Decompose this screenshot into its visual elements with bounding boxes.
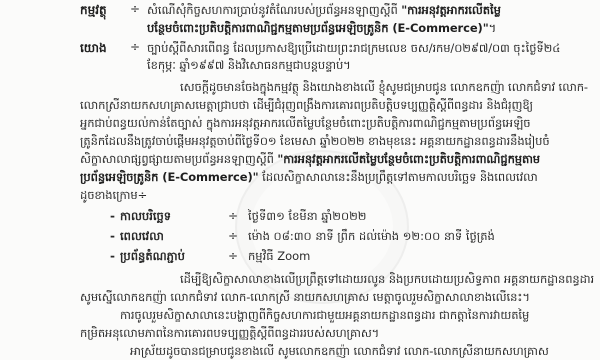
paragraph-1-line-5-text: សិក្ខាសាលាផ្សព្វផ្សាយតាមប្រព័ន្ធអនឡាញស្ដ…: [80, 152, 274, 166]
reference-separator: ÷: [130, 40, 140, 54]
detail-label-platform: ប្រព័ន្ធតំណភ្ជាប់: [120, 249, 185, 266]
reference-line-1: ច្បាប់ស្ដីពីសារពើពន្ធ ដែលប្រកាសឱ្យប្រើដោ…: [147, 40, 560, 56]
paragraph-1-line-1: សេចក្ដីដូចមានចែងក្នុងកម្មវត្ថុ និងយោងខាង…: [180, 79, 588, 95]
reference-label: យោង: [80, 40, 107, 58]
document-page: កម្មវត្ថុ ÷ សំណើសុំកិច្ចសហការប្រាប់នូវតំ…: [0, 0, 600, 360]
paragraph-1-line-6: ប្រព័ន្ធអេឡិចត្រូនិក (E-Commerce)" ដែលសិ…: [80, 169, 538, 185]
paragraph-1-line-3: អ្នកជាប់ពន្ធយល់កាន់តែច្បាស់ ក្នុងការអនុវ…: [80, 115, 530, 131]
paragraph-2-line-1: ដើម្បីឱ្យសិក្ខាសាលាខាងលើប្រព្រឹត្តទៅដោយរ…: [180, 271, 594, 287]
subject-line-2-end: ។: [489, 21, 496, 35]
subject-separator: ÷: [130, 2, 140, 16]
list-dash: -: [110, 249, 115, 263]
paragraph-1-line-4: ត្រូនិកដែលនឹងត្រូវចាប់ផ្ដើមអនុវត្តចាប់ពី…: [80, 133, 550, 149]
detail-label-date: កាលបរិច្ឆេទ: [120, 209, 171, 226]
detail-separator: ÷: [228, 229, 238, 243]
paragraph-3-line-1: ការចូលរួមសិក្ខាសាលានេះបង្ហាញពីកិច្ចសហការ…: [120, 307, 529, 323]
detail-value-platform: កម្មវិធី Zoom: [248, 249, 310, 266]
subject-line-1-text: សំណើសុំកិច្ចសហការប្រាប់នូវតំណែរបស់ប្រព័ន…: [147, 3, 398, 17]
subject-label: កម្មវត្ថុ: [80, 2, 107, 20]
paragraph-1-line-7: ដូចខាងក្រោម÷: [80, 187, 147, 203]
paragraph-4-line-1: អាស្រ័យដូចបានជម្រាបជូនខាងលើ សូមលោកឧកញ៉ា …: [130, 343, 549, 359]
paragraph-2-line-2: សូមស្នើលោកឧកញ៉ា លោកជំទាវ លោក-លោកស្រី នាយ…: [80, 289, 530, 305]
list-dash: -: [110, 209, 115, 223]
reference-line-2: ខែកុម្ភៈ ឆ្នាំ១៩៩៧ និងវិសោធនកម្មជាបន្តបន…: [147, 57, 351, 73]
paragraph-1-line-5: សិក្ខាសាលាផ្សព្វផ្សាយតាមប្រព័ន្ធអនឡាញស្ដ…: [80, 151, 540, 167]
detail-value-date: ថ្ងៃទី៣១ ខែមីនា ឆ្នាំ២០២២: [248, 209, 367, 226]
paragraph-1-line-6-bold: ប្រព័ន្ធអេឡិចត្រូនិក (E-Commerce)": [80, 170, 259, 184]
paragraph-1-line-6-text: ដែលសិក្ខាសាលានេះនឹងប្រព្រឹត្តទៅតាមកាលបរិ…: [262, 170, 538, 184]
paragraph-3-line-2: កម្រិតអនុលោមភាពនៃការគោរពបទប្បញ្ញត្តិស្ដី…: [80, 325, 379, 341]
detail-value-time: ម៉ោង ០៨:៣០ នាទី ព្រឹក ដល់ម៉ោង ១២:០០ នាទី…: [248, 229, 495, 246]
detail-separator: ÷: [228, 209, 238, 223]
list-dash: -: [110, 229, 115, 243]
detail-separator: ÷: [228, 249, 238, 263]
subject-line-2-bold: បន្ថែមចំពោះប្រតិបត្តិការពាណិជ្ជកម្មតាមប្…: [147, 21, 489, 35]
subject-line-1-bold: "ការអនុវត្តអាករលើតម្លៃ: [401, 3, 501, 17]
subject-line-1: សំណើសុំកិច្ចសហការប្រាប់នូវតំណែរបស់ប្រព័ន…: [147, 2, 501, 18]
paragraph-1-line-2: លោកស្រីនាយកសហគ្រាសមេត្តាជ្រាបថា ដើម្បីជំ…: [80, 97, 533, 113]
detail-label-time: ពេលវេលា: [120, 229, 164, 246]
paragraph-1-line-5-bold: "ការអនុវត្តអាករលើតម្លៃបន្ថែមចំពោះប្រតិបត…: [277, 152, 540, 166]
subject-line-2: បន្ថែមចំពោះប្រតិបត្តិការពាណិជ្ជកម្មតាមប្…: [147, 20, 496, 36]
